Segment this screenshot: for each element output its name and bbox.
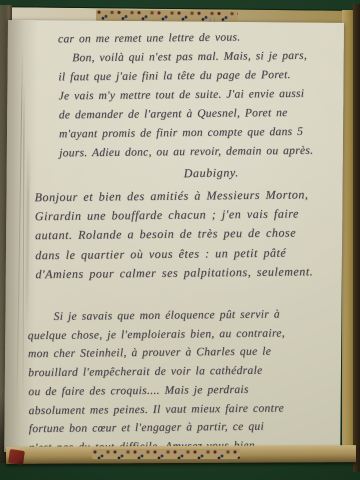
letter-line: d'Amiens pour calmer ses palpitations, s… — [35, 262, 313, 284]
paragraph-postscript: Bonjour et bien des amitiés à Messieurs … — [35, 185, 314, 284]
book-cover-edge — [353, 4, 360, 472]
letter-line: autant. Rolande a besoin de très peu de … — [35, 224, 313, 246]
paragraph-second-note: Si je savais que mon éloquence pût servi… — [27, 305, 286, 457]
signature: Daubigny. — [184, 165, 239, 181]
marbled-edge-bottom — [92, 449, 240, 459]
pencil-page-number: 31 — [208, 16, 217, 24]
letter-line: Si je savais que mon éloquence pût servi… — [27, 305, 284, 326]
letter-page: 31 car on me remet une lettre de vous. B… — [4, 20, 344, 455]
letter-line: dans le quartier où vous êtes : un petit… — [35, 243, 313, 265]
paragraph-closing: car on me remet une lettre de vous. Bon,… — [58, 28, 314, 164]
scanned-letter-photograph: 31 car on me remet une lettre de vous. B… — [0, 0, 360, 480]
letter-line: ou de faire des croquis.... Mais je perd… — [28, 380, 285, 401]
letter-line: jours. Adieu donc, ou au revoir, demain … — [59, 142, 313, 164]
bookmark-ribbon — [8, 449, 25, 465]
letter-line: brouillard l'empêcherait de voir la cath… — [28, 362, 285, 383]
